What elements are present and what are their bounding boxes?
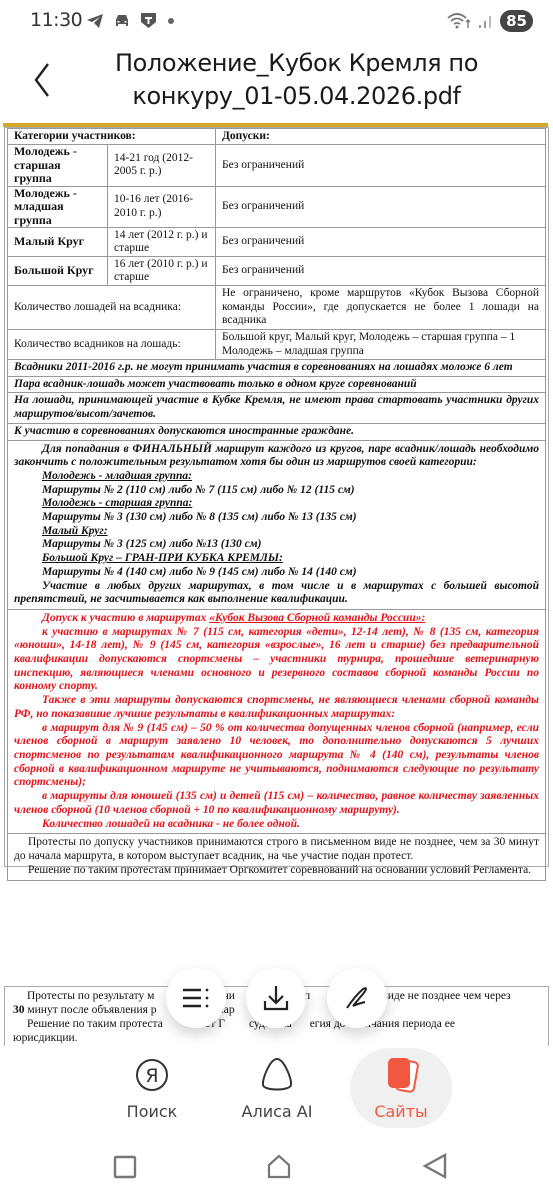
group-routes: Маршруты № 3 (130 см) либо № 8 (135 см) … — [14, 511, 539, 525]
rule-3: На лошади, принимающей участие в Кубке К… — [7, 393, 546, 423]
nav-label: Сайты — [351, 1102, 451, 1121]
shield-t-icon — [140, 12, 157, 29]
challenge-heading-prefix: Допуск к участию в маршрутах — [42, 612, 209, 624]
document-title: Положение_Кубок Кремля по конкуру_01-05.… — [70, 47, 523, 113]
category-cell: Молодежь - младшая группа — [8, 186, 108, 228]
list-icon — [181, 987, 211, 1009]
status-time: 11:30 — [30, 9, 82, 31]
category-cell: Молодежь - старшая группа — [8, 145, 108, 187]
table-row: Количество лошадей на всадника: Не огран… — [8, 286, 546, 330]
protests-p2: Решение по таким протестам принимает Орг… — [14, 864, 539, 878]
telegram-icon — [86, 13, 104, 29]
horses-per-rider-label: Количество лошадей на всадника: — [8, 286, 216, 330]
group-name: Молодежь - младшая группа: — [14, 470, 539, 484]
nav-item-sites[interactable]: Сайты — [351, 1046, 451, 1141]
categories-table: Категории участников: Допуски: Молодежь … — [7, 128, 546, 360]
text-fragment: м виде не позднее чем через — [372, 990, 511, 1002]
home-icon[interactable] — [266, 1153, 292, 1179]
nav-item-alice[interactable]: Алиса AI — [227, 1046, 327, 1141]
recents-icon[interactable] — [113, 1155, 137, 1179]
text-fragment: минут после объявления р — [25, 1004, 157, 1016]
title-line-1: Положение_Кубок Кремля по — [70, 47, 523, 80]
challenge-heading-link: «Кубок Вызова Сборной команды России»: — [209, 612, 425, 624]
challenge-cup-section: Допуск к участию в маршрутах «Кубок Вызо… — [7, 610, 546, 834]
challenge-p1: к участию в маршрутах № 7 (115 см, катег… — [14, 626, 539, 695]
riders-per-horse-label: Количество всадников на лошадь: — [8, 330, 216, 360]
table-row: Большой Круг 16 лет (2010 г. р.) и старш… — [8, 257, 546, 286]
download-button[interactable] — [246, 968, 306, 1028]
table-head-categories: Категории участников: — [8, 129, 216, 145]
group-name: Малый Круг: — [14, 525, 539, 539]
svg-text:Я: Я — [145, 1065, 158, 1087]
system-navigation-bar — [0, 1141, 553, 1200]
challenge-p4: в маршруты для юношей (135 см) и детей (… — [14, 790, 539, 817]
access-cell: Без ограничений — [216, 145, 546, 187]
text-fragment: егия до окончания периода ее — [310, 1018, 455, 1030]
rule-2: Пара всадник-лошадь может участвовать то… — [7, 377, 546, 394]
access-cell: Без ограничений — [216, 186, 546, 228]
wifi-icon — [446, 12, 472, 30]
yandex-search-icon: Я — [135, 1058, 169, 1092]
final-note: Участие в любых других маршрутах, в том … — [14, 580, 539, 607]
text-fragment: Протесты по результату м — [27, 990, 154, 1002]
horses-per-rider-value: Не ограничено, кроме маршрутов «Кубок Вы… — [216, 286, 546, 330]
table-head-access: Допуски: — [216, 129, 546, 145]
age-cell: 14 лет (2012 г. р.) и старше — [108, 228, 216, 257]
protests-p1: Протесты по допуску участников принимают… — [14, 836, 539, 863]
pdf-page: Категории участников: Допуски: Молодежь … — [4, 127, 549, 867]
dot-icon — [166, 16, 176, 26]
group-routes: Маршруты № 4 (140 см) либо № 9 (145 см) … — [14, 566, 539, 580]
text-fragment: 30 — [13, 1004, 25, 1016]
challenge-p2: Также в эти маршруты допускаются спортсм… — [14, 694, 539, 721]
contents-button[interactable] — [166, 968, 226, 1028]
age-cell: 14-21 год (2012-2005 г. р.) — [108, 145, 216, 187]
bottom-navigation: Я Поиск Алиса AI Сайты — [0, 1046, 553, 1141]
status-bar: 11:30 85 — [0, 0, 553, 42]
table-row: Малый Круг 14 лет (2012 г. р.) и старше … — [8, 228, 546, 257]
page2-p2-line2: юрисдикции. — [13, 1031, 540, 1045]
table-row: Количество всадников на лошадь: Большой … — [8, 330, 546, 360]
download-icon — [262, 984, 290, 1012]
viewer-header: Положение_Кубок Кремля по конкуру_01-05.… — [0, 42, 553, 124]
title-line-2: конкуру_01-05.04.2026.pdf — [70, 80, 523, 113]
battery-indicator: 85 — [500, 10, 533, 32]
table-row: Молодежь - старшая группа 14-21 год (201… — [8, 145, 546, 187]
group-routes: Маршруты № 3 (125 см) либо №13 (130 см) — [14, 538, 539, 552]
nav-label: Алиса AI — [227, 1102, 327, 1121]
final-section: Для попадания в ФИНАЛЬНЫЙ маршрут каждог… — [7, 441, 546, 610]
pen-icon — [343, 984, 371, 1012]
access-cell: Без ограничений — [216, 228, 546, 257]
final-intro: Для попадания в ФИНАЛЬНЫЙ маршрут каждог… — [14, 443, 539, 470]
age-cell: 16 лет (2010 г. р.) и старше — [108, 257, 216, 286]
category-cell: Малый Круг — [8, 228, 108, 257]
back-icon[interactable] — [422, 1152, 448, 1180]
challenge-p5: Количество лошадей на всадника - не боле… — [14, 818, 539, 832]
sites-icon — [384, 1055, 420, 1095]
chevron-left-icon[interactable] — [28, 58, 58, 102]
age-cell: 10-16 лет (2016-2010 г. р.) — [108, 186, 216, 228]
alice-icon — [260, 1057, 294, 1093]
text-fragment: Решение по таким протеста — [27, 1018, 163, 1030]
rule-1: Всадники 2011-2016 г.р. не могут принима… — [7, 360, 546, 377]
group-name: Большой Круг – ГРАН-ПРИ КУБКА КРЕМЛЫ: — [14, 552, 539, 566]
nav-item-search[interactable]: Я Поиск — [102, 1046, 202, 1141]
annotate-button[interactable] — [327, 968, 387, 1028]
riders-per-horse-value: Большой круг, Малый круг, Молодежь – ста… — [216, 330, 546, 360]
nav-label: Поиск — [102, 1102, 202, 1121]
group-routes: Маршруты № 2 (110 см) либо № 7 (115 см) … — [14, 484, 539, 498]
protests-section: Протесты по допуску участников принимают… — [7, 834, 546, 881]
category-cell: Большой Круг — [8, 257, 108, 286]
table-row: Молодежь - младшая группа 10-16 лет (201… — [8, 186, 546, 228]
rule-4: К участию в соревнованиях допускаются ин… — [7, 424, 546, 441]
signal-icon — [478, 13, 494, 29]
challenge-heading: Допуск к участию в маршрутах «Кубок Вызо… — [14, 612, 539, 626]
challenge-p3: в маршрут для № 9 (145 см) – 50 % от кол… — [14, 722, 539, 791]
car-icon — [113, 13, 131, 29]
access-cell: Без ограничений — [216, 257, 546, 286]
group-name: Молодежь - старшая группа: — [14, 497, 539, 511]
